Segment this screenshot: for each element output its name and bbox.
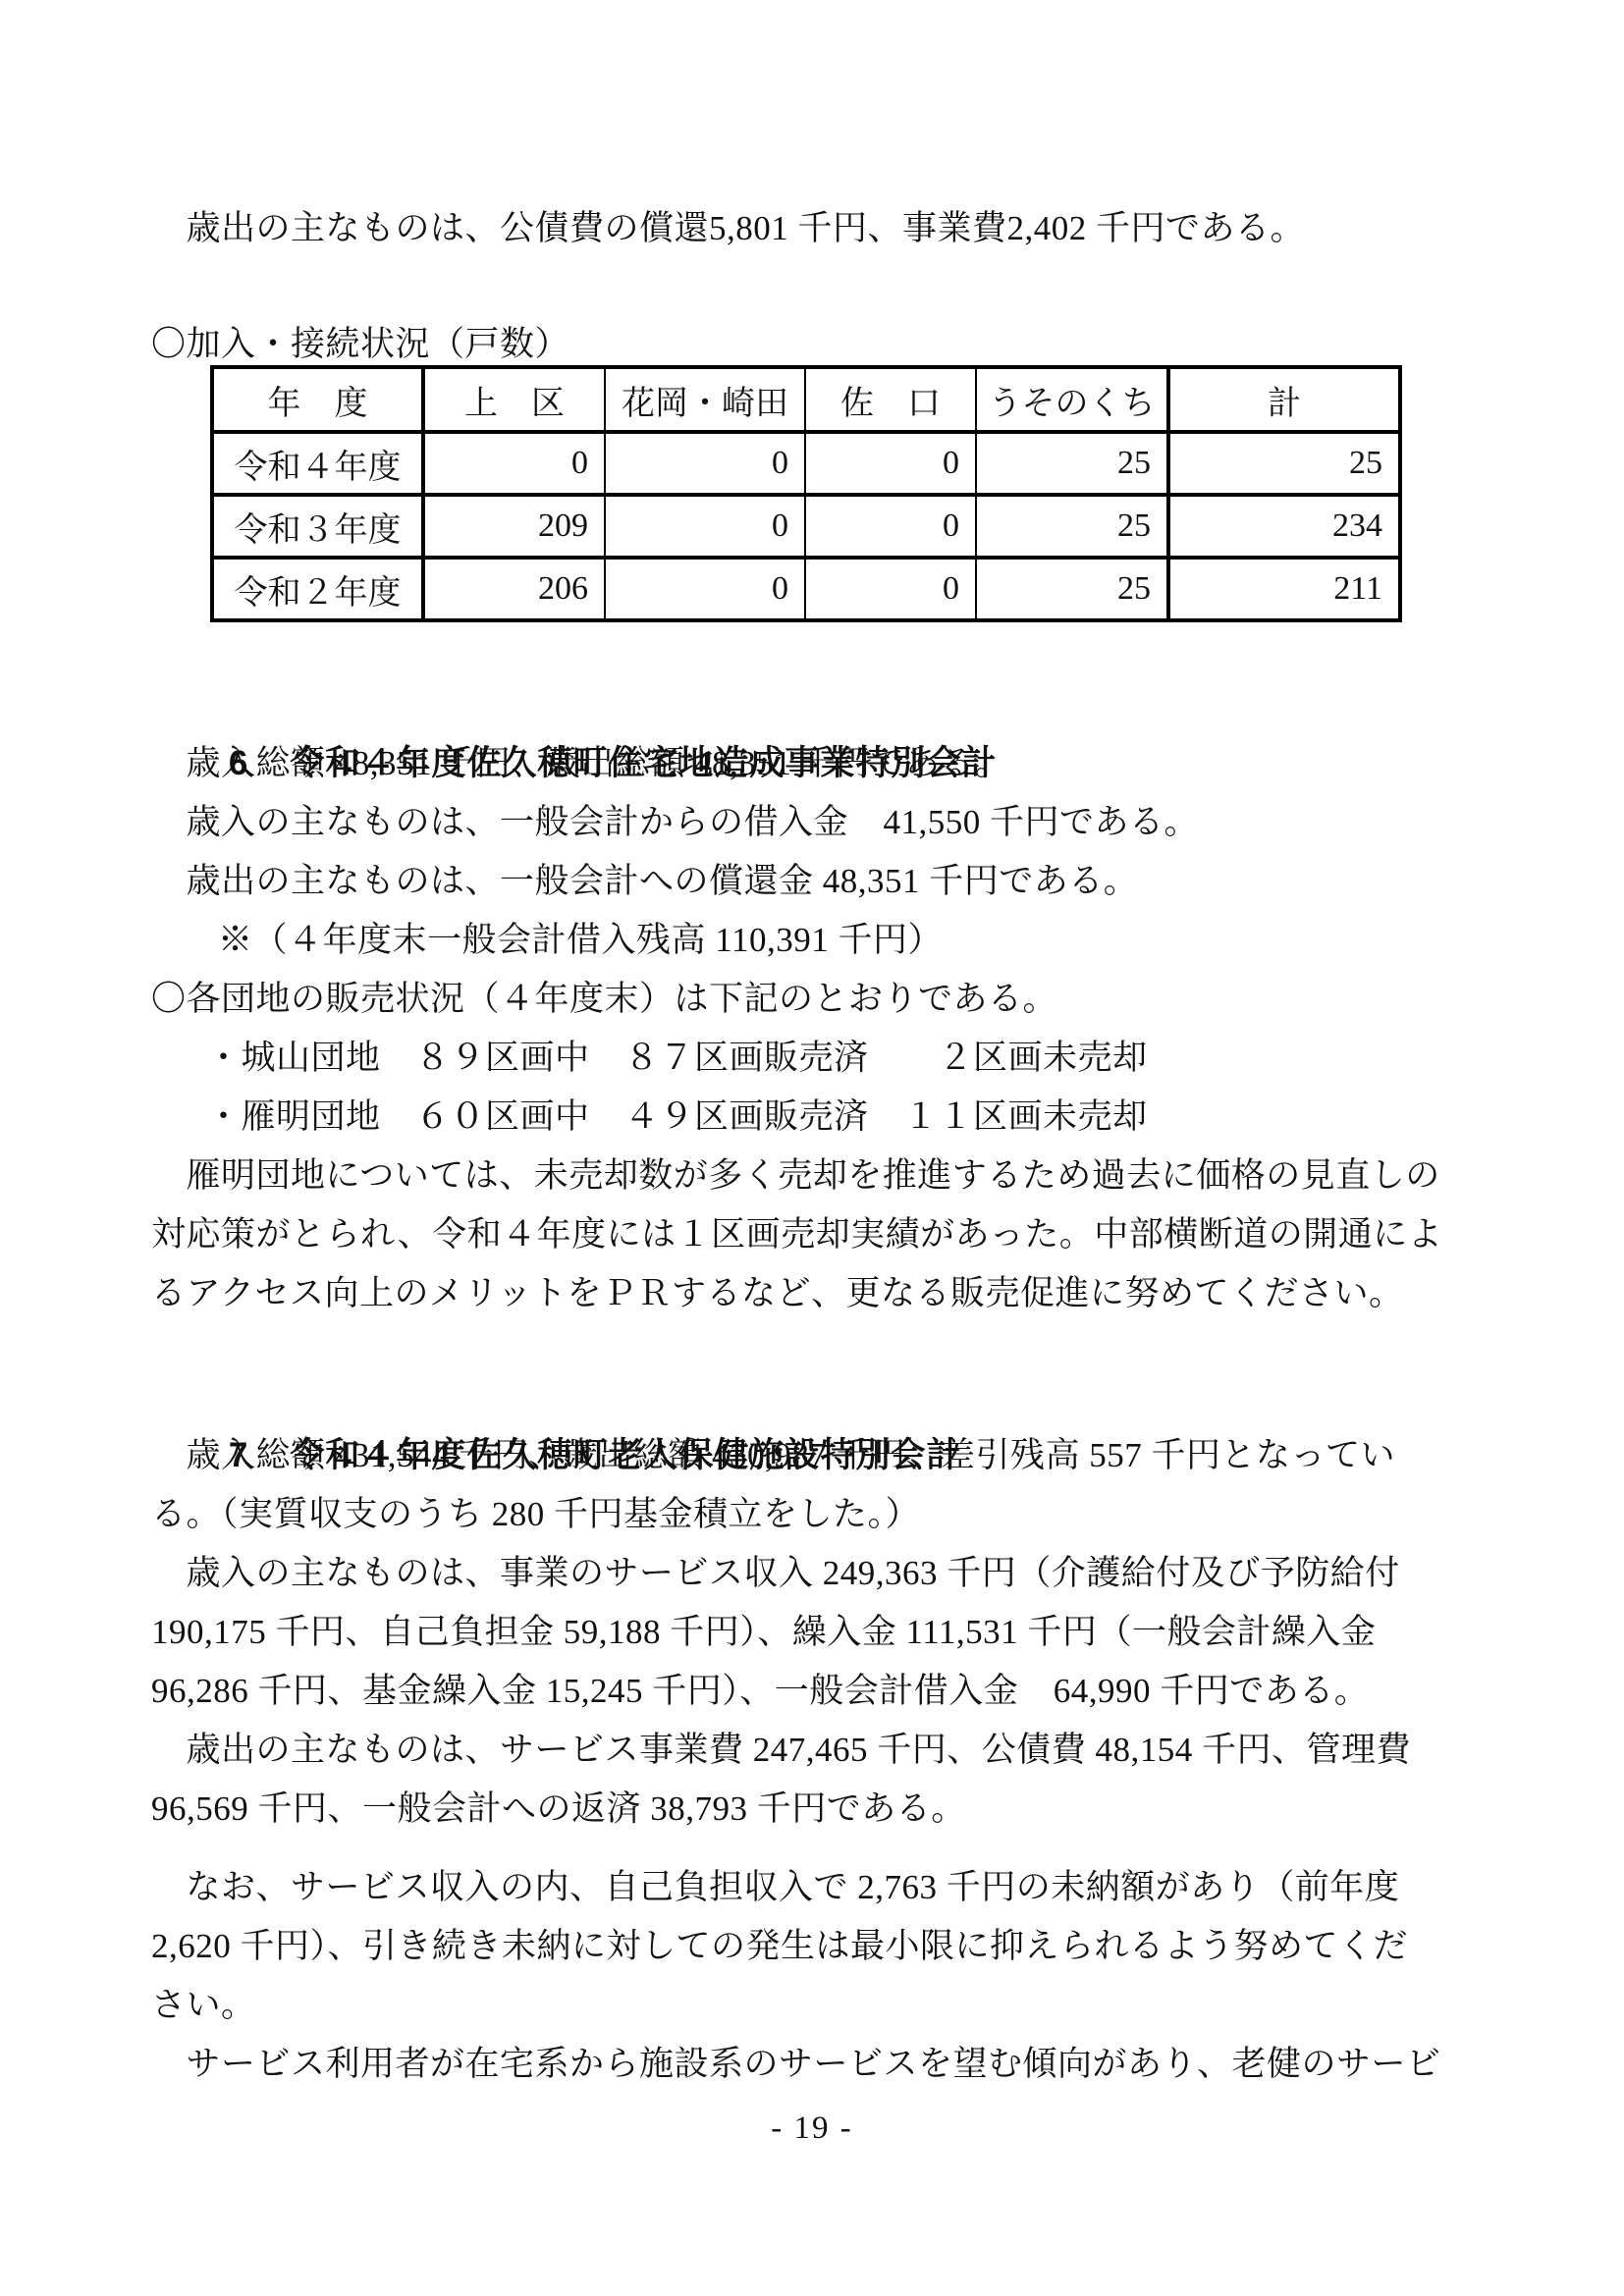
s6-revenue-main-line: 歳入の主なものは、一般会計からの借入金 41,550 千円である。 xyxy=(151,793,1479,852)
table-row: 令和４年度 0 0 0 25 25 xyxy=(212,432,1400,495)
cell-value: 0 xyxy=(805,495,976,558)
paragraph-line: るアクセス向上のメリットをＰＲするなど、更なる販売促進に努めてください。 xyxy=(151,1264,1479,1323)
cell-value: 211 xyxy=(1168,558,1400,620)
row-year-label: 令和３年度 xyxy=(212,495,423,558)
paragraph-line: 対応策がとられ、令和４年度には１区画売却実績があった。中部横断道の開通によ xyxy=(151,1205,1479,1264)
cell-value: 0 xyxy=(605,558,805,620)
table-row: 令和３年度 209 0 0 25 234 xyxy=(212,495,1400,558)
col-header-saguchi: 佐 口 xyxy=(805,367,976,432)
cell-value: 25 xyxy=(1168,432,1400,495)
s6-bullet-shiroyama: ・城山団地 ８９区画中 ８７区画販売済 ２区画未売却 xyxy=(151,1029,1534,1088)
s7-paragraph-expense: 歳出の主なものは、サービス事業費 247,465 千円、公債費 48,154 千… xyxy=(151,1721,1479,1839)
col-header-total: 計 xyxy=(1168,367,1400,432)
paragraph-line: る。（実質収支のうち 280 千円基金積立をした。） xyxy=(151,1485,1479,1544)
intro-line: 歳出の主なものは、公債費の償還5,801 千円、事業費2,402 千円である。 xyxy=(151,199,1479,258)
col-header-hanaoka: 花岡・崎田 xyxy=(605,367,805,432)
col-header-usonokuchi: うそのくち xyxy=(976,367,1168,432)
col-header-year: 年 度 xyxy=(212,367,423,432)
paragraph-line: 190,175 千円、自己負担金 59,188 千円）、繰入金 111,531 … xyxy=(151,1603,1479,1662)
s6-revenue-total-line: 歳入総額 48,351 千円、歳出総額 48,351 千円である。 xyxy=(151,734,1479,793)
connection-table: 年 度 上 区 花岡・崎田 佐 口 うそのくち 計 令和４年度 0 0 0 25… xyxy=(210,365,1402,622)
s6-note-line: ※（４年度末一般会計借入残高 110,391 千円） xyxy=(151,911,1545,970)
s6-sales-status-title: 〇各団地の販売状況（４年度末）は下記のとおりである。 xyxy=(151,970,1479,1029)
cell-value: 0 xyxy=(805,558,976,620)
cell-value: 0 xyxy=(805,432,976,495)
s6-expense-main-line: 歳出の主なものは、一般会計への償還金 48,351 千円である。 xyxy=(151,852,1479,911)
paragraph-line: さい。 xyxy=(151,1976,1479,2035)
cell-value: 0 xyxy=(605,495,805,558)
table-row: 令和２年度 206 0 0 25 211 xyxy=(212,558,1400,620)
cell-value: 25 xyxy=(976,558,1168,620)
row-year-label: 令和４年度 xyxy=(212,432,423,495)
s7-paragraph-revenue: 歳入の主なものは、事業のサービス収入 249,363 千円（介護給付及び予防給付… xyxy=(151,1544,1479,1721)
table-header-row: 年 度 上 区 花岡・崎田 佐 口 うそのくち 計 xyxy=(212,367,1400,432)
cell-value: 25 xyxy=(976,432,1168,495)
paragraph-line: サービス利用者が在宅系から施設系のサービスを望む傾向があり、老健のサービ xyxy=(151,2035,1479,2094)
cell-value: 0 xyxy=(423,432,605,495)
paragraph-line: 2,620 千円）、引き続き未納に対しての発生は最小限に抑えられるよう努めてくだ xyxy=(151,1917,1479,1976)
s7-paragraph-totals: 歳入総額 431,544 千円、歳出総額 430,987 千円、差引残高 557… xyxy=(151,1426,1479,1544)
paragraph-line: 96,286 千円、基金繰入金 15,245 千円）、一般会計借入金 64,99… xyxy=(151,1662,1479,1721)
cell-value: 206 xyxy=(423,558,605,620)
paragraph-line: 歳入総額 431,544 千円、歳出総額 430,987 千円、差引残高 557… xyxy=(151,1426,1479,1485)
row-year-label: 令和２年度 xyxy=(212,558,423,620)
paragraph-line: 雁明団地については、未売却数が多く売却を推進するため過去に価格の見直しの xyxy=(151,1147,1479,1205)
col-header-kamiku: 上 区 xyxy=(423,367,605,432)
paragraph-line: 96,569 千円、一般会計への返済 38,793 千円である。 xyxy=(151,1780,1479,1839)
cell-value: 234 xyxy=(1168,495,1400,558)
paragraph-line: 歳出の主なものは、サービス事業費 247,465 千円、公債費 48,154 千… xyxy=(151,1721,1479,1780)
paragraph-line: 歳入の主なものは、事業のサービス収入 249,363 千円（介護給付及び予防給付 xyxy=(151,1544,1479,1603)
cell-value: 209 xyxy=(423,495,605,558)
s6-paragraph: 雁明団地については、未売却数が多く売却を推進するため過去に価格の見直しの 対応策… xyxy=(151,1147,1479,1323)
paragraph-line: なお、サービス収入の内、自己負担収入で 2,763 千円の未納額があり（前年度 xyxy=(151,1858,1479,1917)
page-number: - 19 - xyxy=(0,2109,1624,2148)
cell-value: 25 xyxy=(976,495,1168,558)
s7-paragraph-trend: サービス利用者が在宅系から施設系のサービスを望む傾向があり、老健のサービ xyxy=(151,2035,1479,2094)
cell-value: 0 xyxy=(605,432,805,495)
s7-paragraph-unpaid: なお、サービス収入の内、自己負担収入で 2,763 千円の未納額があり（前年度 … xyxy=(151,1858,1479,2035)
s6-bullet-ganmyo: ・雁明団地 ６０区画中 ４９区画販売済 １１区画未売却 xyxy=(151,1088,1534,1147)
document-page: 歳出の主なものは、公債費の償還5,801 千円、事業費2,402 千円である。 … xyxy=(0,0,1624,2296)
